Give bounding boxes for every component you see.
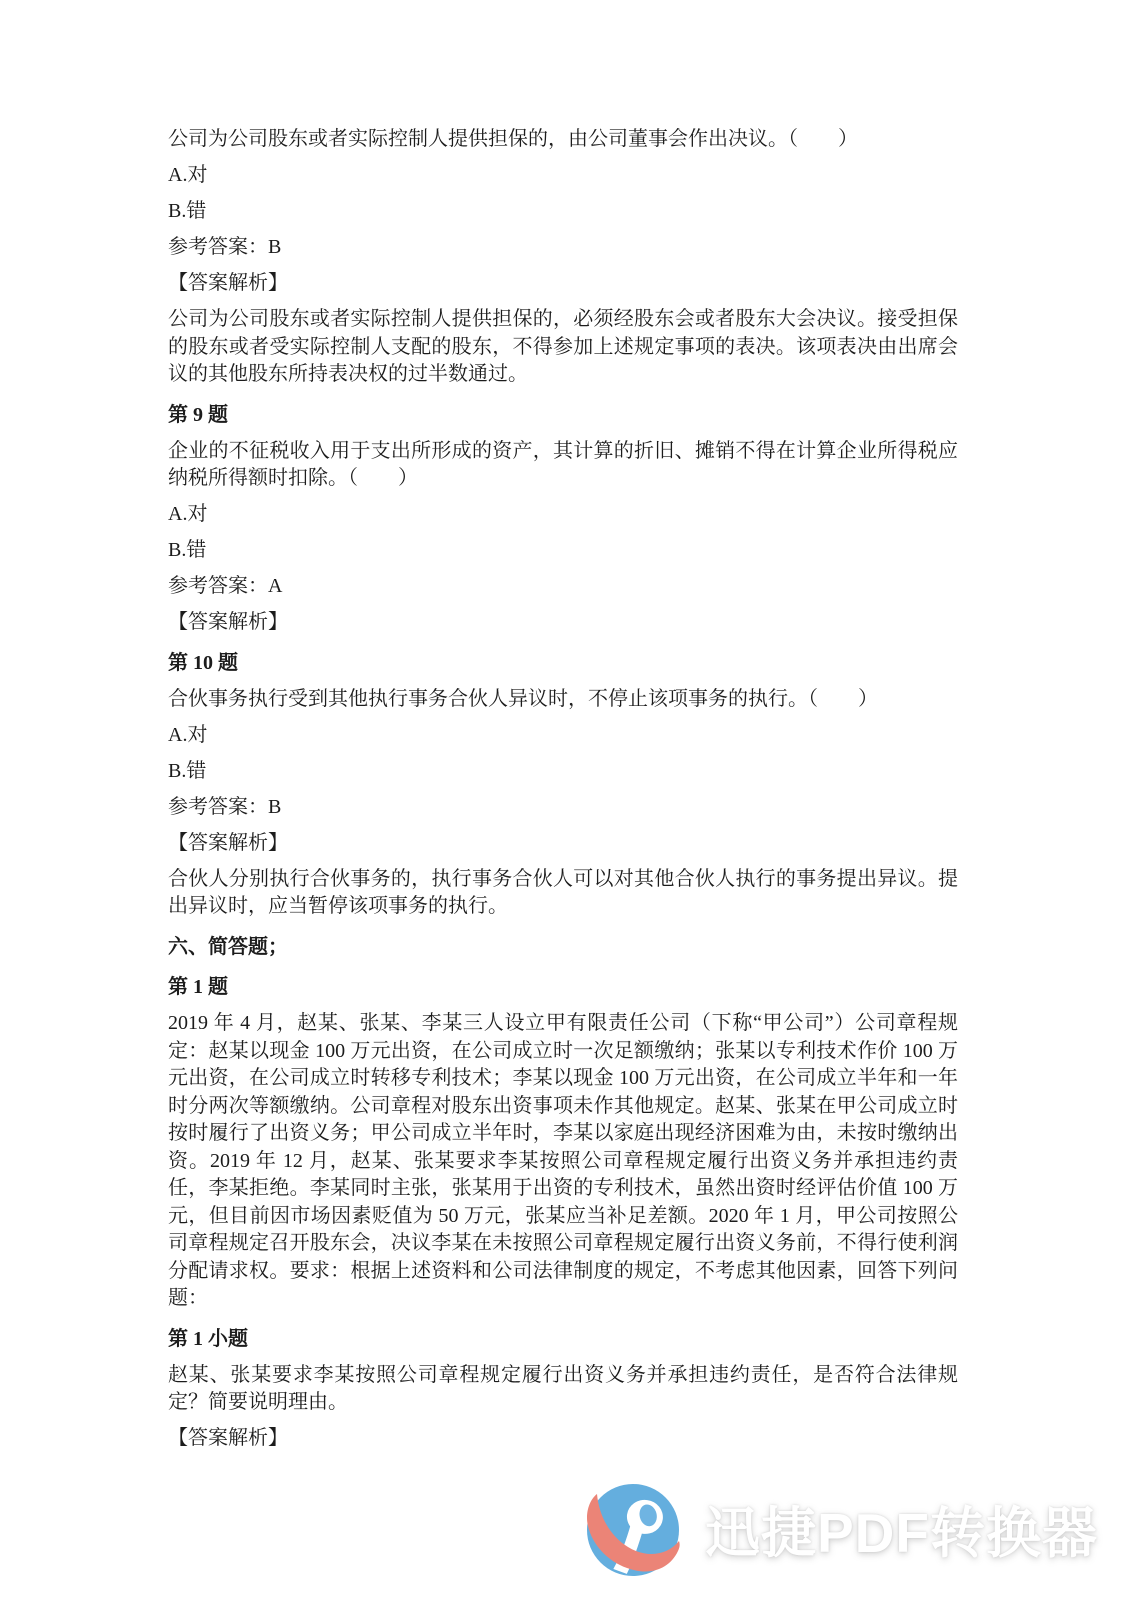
subquestion-heading: 第 1 小题 xyxy=(168,1326,958,1354)
watermark-text: 迅捷PDF转换器 xyxy=(705,1489,1098,1568)
analysis-label: 【答案解析】 xyxy=(168,830,958,858)
answer-line: 参考答案：A xyxy=(168,573,958,601)
logo-circle xyxy=(587,1484,679,1576)
option-b: B.错 xyxy=(168,758,958,786)
answer-line: 参考答案：B xyxy=(168,794,958,822)
question-stem: 合伙事务执行受到其他执行事务合伙人异议时，不停止该项事务的执行。（ ） xyxy=(168,686,958,714)
analysis-text: 公司为公司股东或者实际控制人提供担保的，必须经股东会或者股东大会决议。接受担保的… xyxy=(168,306,958,389)
section-heading: 六、简答题； xyxy=(168,934,958,962)
page: { "doc": { "q8": { "stem": "公司为公司股东或者实际控… xyxy=(0,0,1131,1600)
analysis-label: 【答案解析】 xyxy=(168,609,958,637)
option-b: B.错 xyxy=(168,198,958,226)
question-stem: 公司为公司股东或者实际控制人提供担保的，由公司董事会作出决议。（ ） xyxy=(168,126,958,154)
answer-line: 参考答案：B xyxy=(168,234,958,262)
question-heading: 第 1 题 xyxy=(168,974,958,1002)
xunjie-pdf-converter-logo xyxy=(583,1478,683,1578)
question-stem: 企业的不征税收入用于支出所形成的资产，其计算的折旧、摊销不得在计算企业所得税应纳… xyxy=(168,438,958,493)
watermark: 迅捷PDF转换器 xyxy=(583,1478,1098,1578)
analysis-label: 【答案解析】 xyxy=(168,1425,958,1453)
document-body: 公司为公司股东或者实际控制人提供担保的，由公司董事会作出决议。（ ） A.对 B… xyxy=(168,126,958,1461)
subquestion-body: 赵某、张某要求李某按照公司章程规定履行出资义务并承担违约责任，是否符合法律规定？… xyxy=(168,1362,958,1417)
question-heading: 第 10 题 xyxy=(168,650,958,678)
logo-p-glyph xyxy=(613,1497,665,1578)
option-a: A.对 xyxy=(168,722,958,750)
option-a: A.对 xyxy=(168,162,958,190)
case-body: 2019 年 4 月，赵某、张某、李某三人设立甲有限责任公司（下称“甲公司”）公… xyxy=(168,1010,958,1313)
option-b: B.错 xyxy=(168,537,958,565)
question-heading: 第 9 题 xyxy=(168,402,958,430)
option-a: A.对 xyxy=(168,501,958,529)
logo-ribbon xyxy=(587,1494,680,1571)
analysis-text: 合伙人分别执行合伙事务的，执行事务合伙人可以对其他合伙人执行的事务提出异议。提出… xyxy=(168,866,958,921)
analysis-label: 【答案解析】 xyxy=(168,270,958,298)
